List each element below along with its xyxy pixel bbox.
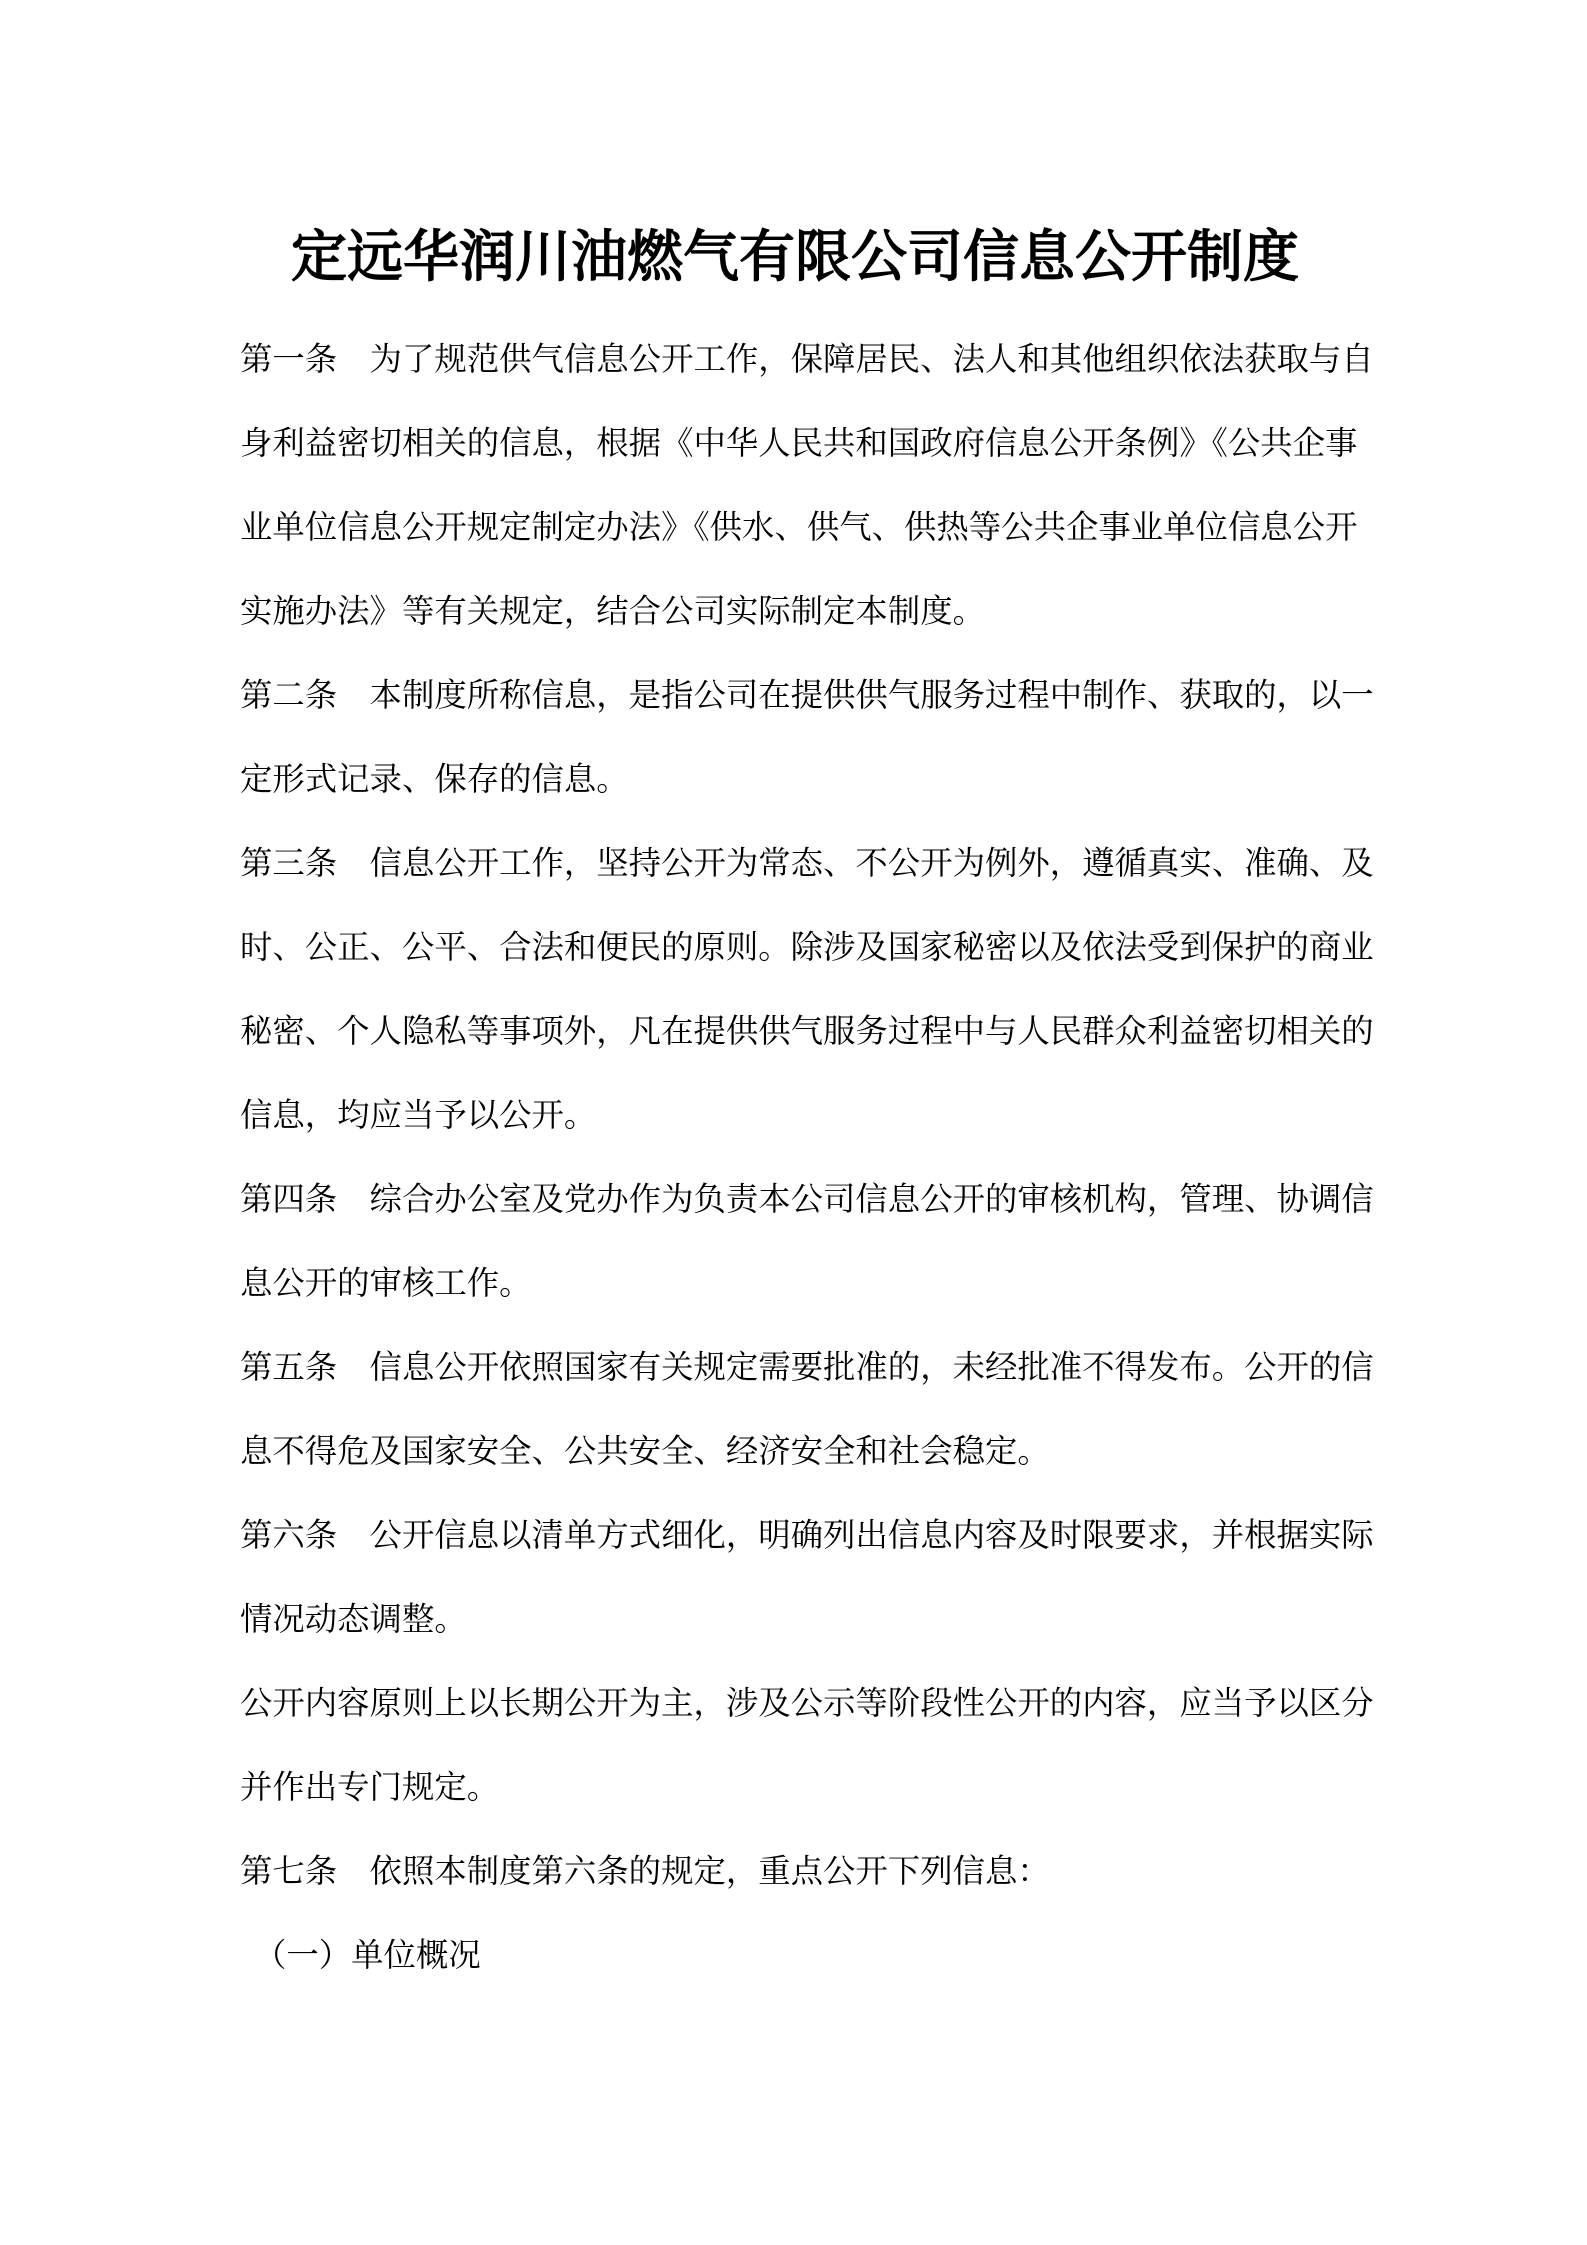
article-3-line-1: 第三条 信息公开工作，坚持公开为常态、不公开为例外，遵循真实、准确、及 (240, 835, 1345, 919)
article-3-line-4: 信息，均应当予以公开。 (240, 1087, 1345, 1171)
article-2-line-2: 定形式记录、保存的信息。 (240, 751, 1345, 835)
article-4-line-2: 息公开的审核工作。 (240, 1255, 1345, 1339)
article-6-para-2-line-1: 公开内容原则上以长期公开为主，涉及公示等阶段性公开的内容，应当予以区分 (240, 1675, 1345, 1759)
article-3-line-3: 秘密、个人隐私等事项外，凡在提供供气服务过程中与人民群众利益密切相关的 (240, 1003, 1345, 1087)
article-4-line-1: 第四条 综合办公室及党办作为负责本公司信息公开的审核机构，管理、协调信 (240, 1171, 1345, 1255)
article-1-line-3: 业单位信息公开规定制定办法》《供水、供气、供热等公共企事业单位信息公开 (240, 499, 1345, 583)
article-2-line-1: 第二条 本制度所称信息，是指公司在提供供气服务过程中制作、获取的，以一 (240, 667, 1345, 751)
article-1-line-1: 第一条 为了规范供气信息公开工作，保障居民、法人和其他组织依法获取与自 (240, 331, 1345, 415)
article-1-line-2: 身利益密切相关的信息，根据《中华人民共和国政府信息公开条例》《公共企事 (240, 415, 1345, 499)
document-body: 第一条 为了规范供气信息公开工作，保障居民、法人和其他组织依法获取与自 身利益密… (240, 331, 1345, 2011)
article-6-line-1: 第六条 公开信息以清单方式细化，明确列出信息内容及时限要求，并根据实际 (240, 1507, 1345, 1591)
list-item-1-heading: （一）单位概况 (240, 1927, 1345, 2011)
document-page: 定远华润川油燃气有限公司信息公开制度 第一条 为了规范供气信息公开工作，保障居民… (0, 0, 1587, 2245)
article-5-line-2: 息不得危及国家安全、公共安全、经济安全和社会稳定。 (240, 1423, 1345, 1507)
article-7-line-1: 第七条 依照本制度第六条的规定，重点公开下列信息： (240, 1843, 1345, 1927)
article-1-line-4: 实施办法》等有关规定，结合公司实际制定本制度。 (240, 583, 1345, 667)
article-6-line-2: 情况动态调整。 (240, 1591, 1345, 1675)
article-3-line-2: 时、公正、公平、合法和便民的原则。除涉及国家秘密以及依法受到保护的商业 (240, 919, 1345, 1003)
document-title: 定远华润川油燃气有限公司信息公开制度 (240, 218, 1350, 298)
article-6-para-2-line-2: 并作出专门规定。 (240, 1759, 1345, 1843)
article-5-line-1: 第五条 信息公开依照国家有关规定需要批准的，未经批准不得发布。公开的信 (240, 1339, 1345, 1423)
